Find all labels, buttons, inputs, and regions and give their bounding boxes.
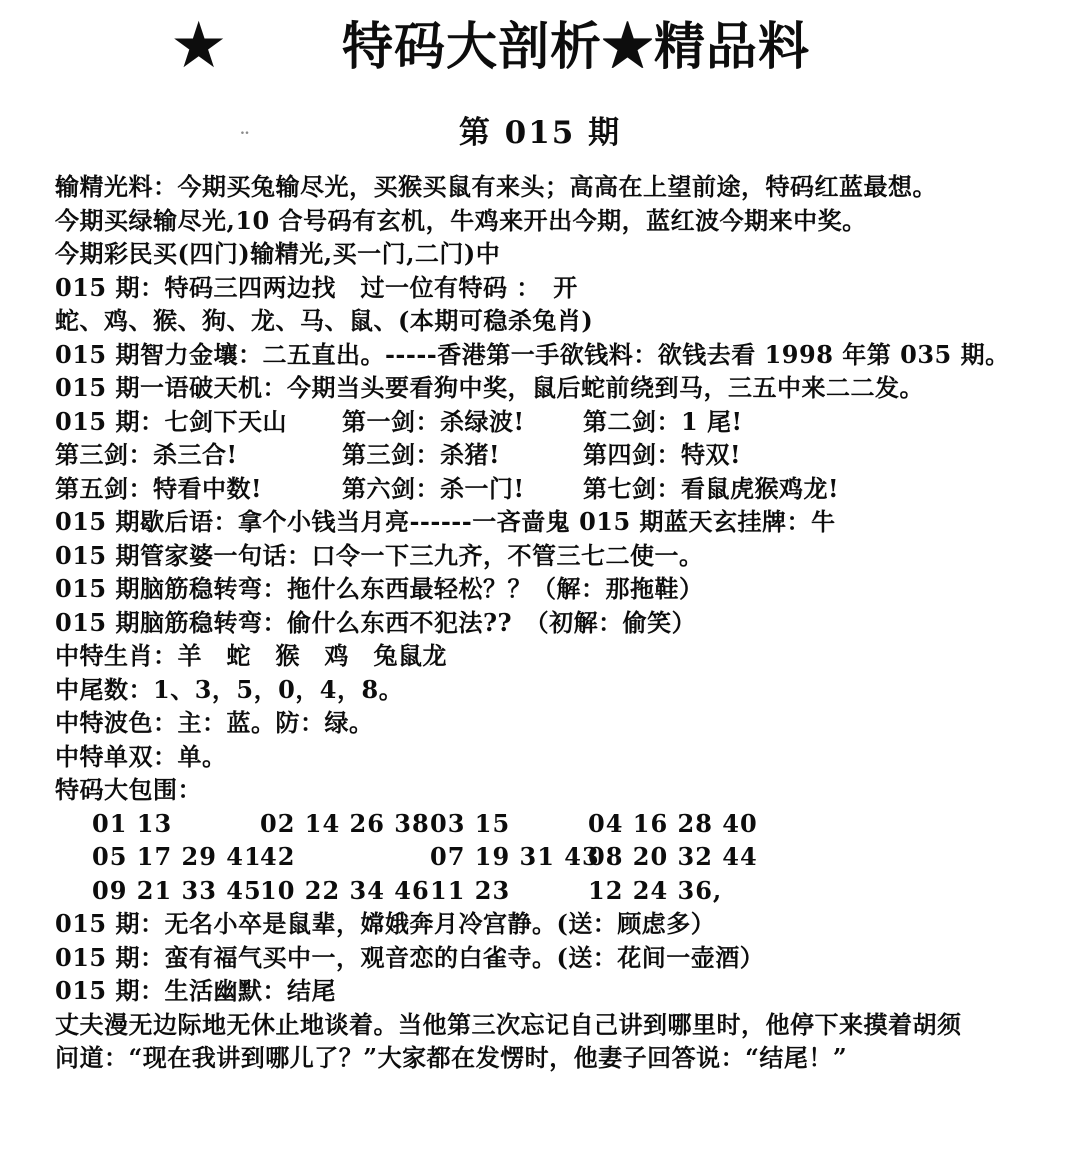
odd-even-line: 中特单双：单。: [55, 740, 1080, 774]
closing-line: 015 期：生活幽默：结尾: [55, 974, 1080, 1008]
page-title: 特码大剖析★精品料: [342, 18, 810, 77]
middle-line: 015 期脑筋稳转弯：拖什么东西最轻松？？（解：那拖鞋）: [55, 572, 1080, 606]
sword-cell: 第二剑：1 尾!: [583, 405, 1080, 439]
number-cell: 02 14 26 38: [260, 807, 430, 841]
sword-cell: 第一剑：杀绿波!: [342, 405, 583, 439]
number-cell: 01 13: [92, 807, 260, 841]
number-grid-row: 05 17 29 41 42 07 19 31 43 08 20 32 44: [92, 840, 1080, 874]
masthead: ★ 特码大剖析★精品料: [0, 0, 1080, 102]
middle-line: 015 期歇后语：拿个小钱当月亮------一吝啬鬼 015 期蓝天玄挂牌：牛: [55, 505, 1080, 539]
intro-line: 输精光料：今期买兔输尽光，买猴买鼠有来头；高高在上望前途，特码红蓝最想。: [55, 170, 1080, 204]
closing-line: 015 期：无名小卒是鼠辈，嫦娥奔月冷宫静。(送：顾虑多）: [55, 907, 1080, 941]
tail-numbers-line: 中尾数：1、3，5，0，4，8。: [55, 673, 1080, 707]
sword-cell: 第三剑：杀猪!: [342, 438, 583, 472]
intro-line: 今期彩民买(四门)输精光,买一门,二门)中: [55, 237, 1080, 271]
number-cell: 07 19 31 43: [430, 840, 588, 874]
sword-cell: 第三剑：杀三合!: [55, 438, 342, 472]
sheet-body: 输精光料：今期买兔输尽光，买猴买鼠有来头；高高在上望前途，特码红蓝最想。 今期买…: [0, 164, 1080, 1075]
middle-line: 015 期管家婆一句话：口令一下三九齐，不管三七二使一。: [55, 539, 1080, 573]
intro-line: 015 期智力金壤：二五直出。-----香港第一手欲钱料：欲钱去看 1998 年…: [55, 338, 1080, 372]
lottery-tip-sheet: ★ 特码大剖析★精品料 ‥ 第 015 期 输精光料：今期买兔输尽光，买猴买鼠有…: [0, 0, 1080, 1168]
wave-color-line: 中特波色：主：蓝。防：绿。: [55, 706, 1080, 740]
number-grid-row: 09 21 33 45 10 22 34 46 11 23 12 24 36,: [92, 874, 1080, 908]
intro-line: 今期买绿输尽光,10 合号码有玄机，牛鸡来开出今期，蓝红波今期来中奖。: [55, 204, 1080, 238]
number-grid-row: 01 13 02 14 26 38 03 15 04 16 28 40: [92, 807, 1080, 841]
sword-cell: 第七剑：看鼠虎猴鸡龙!: [583, 472, 1080, 506]
number-cell: 08 20 32 44: [588, 840, 1080, 874]
sword-cell: 第六剑：杀一门!: [342, 472, 583, 506]
number-cell: 12 24 36,: [588, 874, 1080, 908]
intro-line: 蛇、鸡、猴、狗、龙、马、鼠、(本期可稳杀兔肖): [55, 304, 1080, 338]
star-icon: ★: [170, 14, 227, 78]
closing-line: 015 期：蛮有福气买中一，观音恋的白雀寺。(送：花间一壶酒）: [55, 941, 1080, 975]
number-cell: 10 22 34 46: [260, 874, 430, 908]
sword-cell: 015 期：七剑下天山: [55, 405, 342, 439]
number-cell: 05 17 29 41: [92, 840, 260, 874]
sword-cell: 第五剑：特看中数!: [55, 472, 342, 506]
seven-swords-row: 015 期：七剑下天山 第一剑：杀绿波! 第二剑：1 尾!: [55, 405, 1080, 439]
number-cell: 04 16 28 40: [588, 807, 1080, 841]
number-grid: 01 13 02 14 26 38 03 15 04 16 28 40 05 1…: [92, 807, 1080, 908]
seven-swords-row: 第三剑：杀三合! 第三剑：杀猪! 第四剑：特双!: [55, 438, 1080, 472]
seven-swords-row: 第五剑：特看中数! 第六剑：杀一门! 第七剑：看鼠虎猴鸡龙!: [55, 472, 1080, 506]
middle-line: 015 期脑筋稳转弯：偷什么东西不犯法?? （初解：偷笑）: [55, 606, 1080, 640]
number-cell: 09 21 33 45: [92, 874, 260, 908]
ink-speck-dots: ‥: [240, 122, 252, 138]
humor-story-line: 丈夫漫无边际地无休止地谈着。当他第三次忘记自己讲到哪里时，他停下来摸着胡须: [55, 1008, 1080, 1042]
issue-number: 第 015 期: [459, 102, 621, 164]
sword-cell: 第四剑：特双!: [583, 438, 1080, 472]
number-cell: 42: [260, 840, 430, 874]
number-cell: 03 15: [430, 807, 588, 841]
number-cell: 11 23: [430, 874, 588, 908]
intro-line: 015 期：特码三四两边找 过一位有特码 ： 开: [55, 271, 1080, 305]
issue-row: ‥ 第 015 期: [0, 102, 1080, 164]
intro-line: 015 期一语破天机：今期当头要看狗中奖，鼠后蛇前绕到马，三五中来二二发。: [55, 371, 1080, 405]
number-grid-title: 特码大包围：: [55, 773, 1080, 807]
humor-story-line: 问道：“现在我讲到哪儿了？”大家都在发愣时，他妻子回答说：“结尾！”: [55, 1041, 1080, 1075]
zodiac-line: 中特生肖：羊 蛇 猴 鸡 兔鼠龙: [55, 639, 1080, 673]
